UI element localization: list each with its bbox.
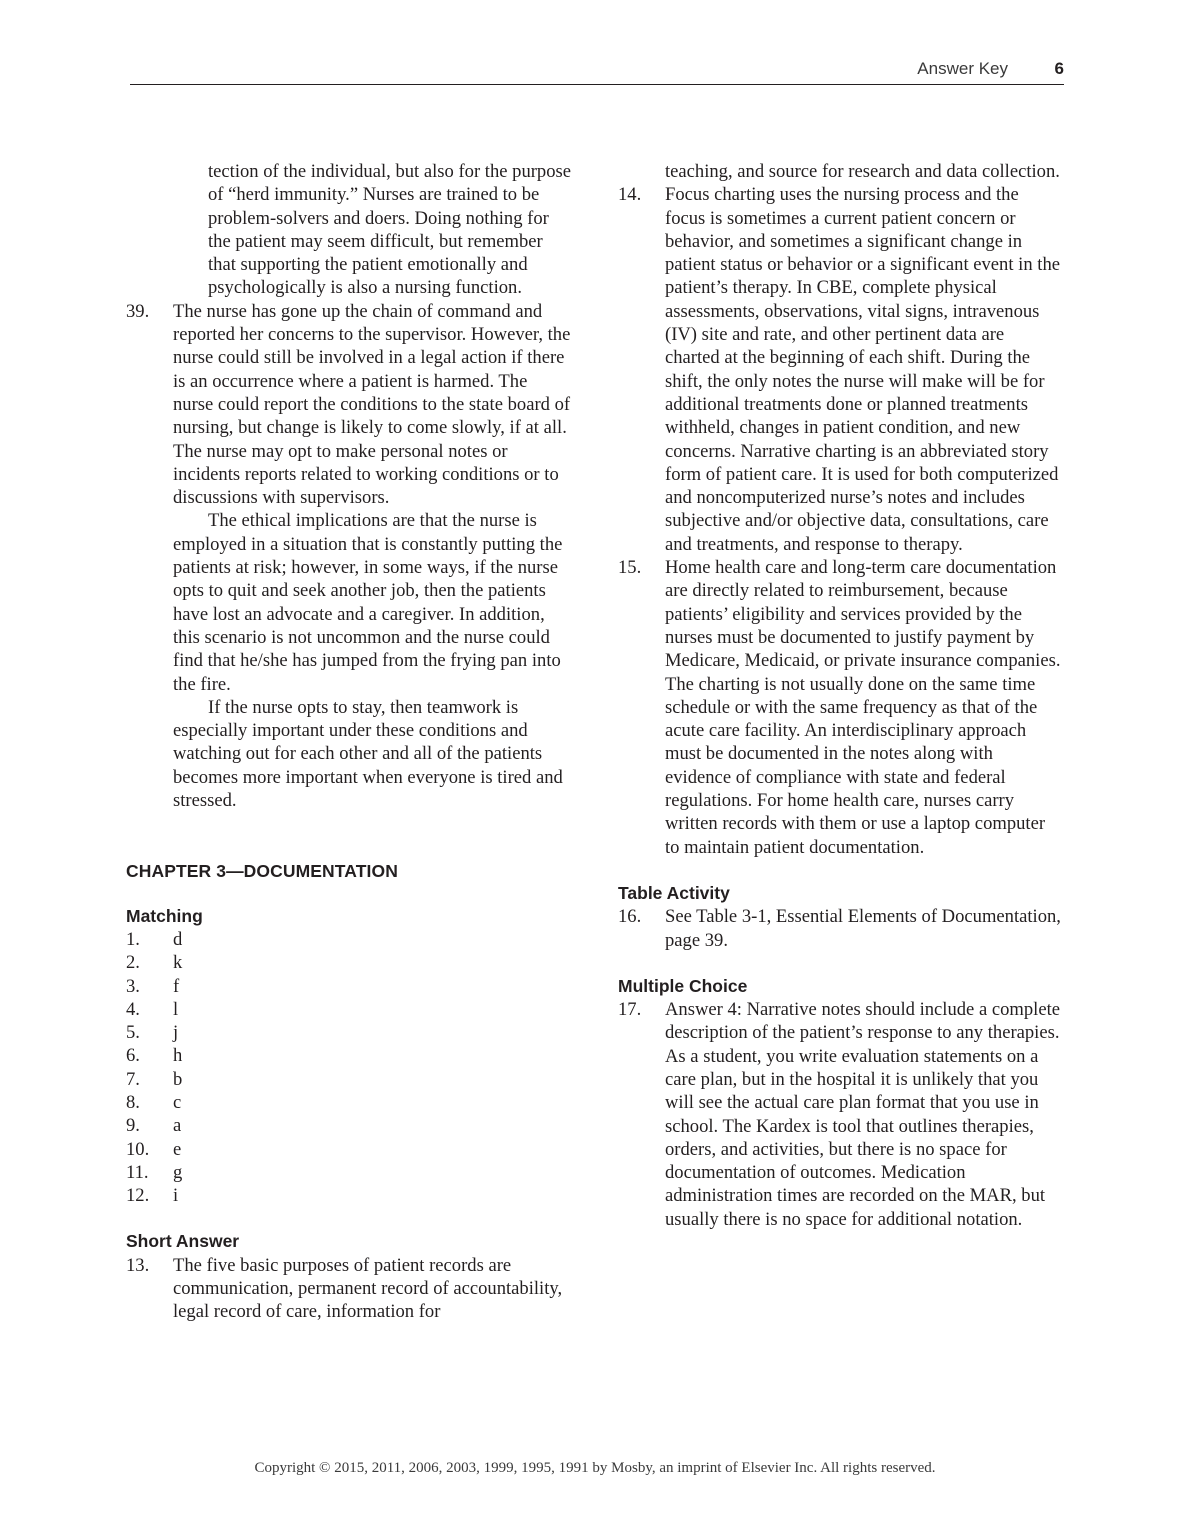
matching-item: 6.h — [126, 1044, 571, 1067]
section-heading-multiple-choice: Multiple Choice — [618, 975, 1063, 998]
matching-list: 1.d 2.k 3.f 4.l 5.j 6.h 7.b 8.c 9.a 10.e… — [126, 928, 571, 1208]
right-column: teaching, and source for research and da… — [618, 160, 1063, 1231]
copyright-footer: Copyright © 2015, 2011, 2006, 2003, 1999… — [0, 1460, 1190, 1477]
item-number: 9. — [126, 1114, 173, 1137]
item-number: 8. — [126, 1091, 173, 1114]
item-answer: f — [173, 975, 179, 998]
item-body: Focus charting uses the nursing process … — [665, 183, 1063, 556]
item-answer: i — [173, 1184, 178, 1207]
item-body: The five basic purposes of patient recor… — [173, 1254, 571, 1324]
item-number: 39. — [126, 300, 173, 813]
item-number: 17. — [618, 998, 665, 1231]
answer-item-15: 15. Home health care and long-term care … — [618, 556, 1063, 859]
item-number: 6. — [126, 1044, 173, 1067]
paragraph: The nurse has gone up the chain of comma… — [173, 300, 571, 510]
item-answer: c — [173, 1091, 181, 1114]
item-answer: h — [173, 1044, 182, 1067]
matching-item: 2.k — [126, 951, 571, 974]
item-13-continuation: teaching, and source for research and da… — [618, 160, 1063, 183]
item-number: 16. — [618, 905, 665, 952]
item-body: Home health care and long-term care docu… — [665, 556, 1063, 859]
answer-item-14: 14. Focus charting uses the nursing proc… — [618, 183, 1063, 556]
section-heading-table-activity: Table Activity — [618, 882, 1063, 905]
answer-item-17: 17. Answer 4: Narrative notes should inc… — [618, 998, 1063, 1231]
matching-item: 8.c — [126, 1091, 571, 1114]
item-number: 10. — [126, 1138, 173, 1161]
paragraph: If the nurse opts to stay, then teamwork… — [173, 696, 571, 812]
item-number: 7. — [126, 1068, 173, 1091]
matching-item: 5.j — [126, 1021, 571, 1044]
item-number: 4. — [126, 998, 173, 1021]
chapter-heading: CHAPTER 3—DOCUMENTATION — [126, 860, 571, 883]
item-38-continuation: tection of the individual, but also for … — [126, 160, 571, 300]
item-answer: e — [173, 1138, 181, 1161]
running-header: Answer Key 6 — [130, 56, 1064, 85]
matching-item: 10.e — [126, 1138, 571, 1161]
matching-item: 1.d — [126, 928, 571, 951]
item-number: 13. — [126, 1254, 173, 1324]
item-body: See Table 3-1, Essential Elements of Doc… — [665, 905, 1063, 952]
answer-item-16: 16. See Table 3-1, Essential Elements of… — [618, 905, 1063, 952]
item-number: 2. — [126, 951, 173, 974]
item-number: 12. — [126, 1184, 173, 1207]
answer-item-13: 13. The five basic purposes of patient r… — [126, 1254, 571, 1324]
item-number: 15. — [618, 556, 665, 859]
matching-item: 12.i — [126, 1184, 571, 1207]
answer-item-39: 39. The nurse has gone up the chain of c… — [126, 300, 571, 813]
left-column: tection of the individual, but also for … — [126, 160, 571, 1324]
item-answer: k — [173, 951, 182, 974]
item-answer: d — [173, 928, 182, 951]
header-title: Answer Key — [917, 59, 1008, 79]
item-number: 5. — [126, 1021, 173, 1044]
item-number: 3. — [126, 975, 173, 998]
item-answer: a — [173, 1114, 181, 1137]
section-heading-matching: Matching — [126, 905, 571, 928]
section-heading-short-answer: Short Answer — [126, 1230, 571, 1253]
page-number: 6 — [1055, 59, 1064, 79]
paragraph: The ethical implications are that the nu… — [173, 509, 571, 695]
item-answer: l — [173, 998, 178, 1021]
item-body: The nurse has gone up the chain of comma… — [173, 300, 571, 813]
item-answer: b — [173, 1068, 182, 1091]
matching-item: 7.b — [126, 1068, 571, 1091]
matching-item: 9.a — [126, 1114, 571, 1137]
item-answer: j — [173, 1021, 178, 1044]
item-number: 14. — [618, 183, 665, 556]
matching-item: 3.f — [126, 975, 571, 998]
item-number: 11. — [126, 1161, 173, 1184]
matching-item: 4.l — [126, 998, 571, 1021]
item-body: Answer 4: Narrative notes should include… — [665, 998, 1063, 1231]
matching-item: 11.g — [126, 1161, 571, 1184]
item-answer: g — [173, 1161, 182, 1184]
item-number: 1. — [126, 928, 173, 951]
